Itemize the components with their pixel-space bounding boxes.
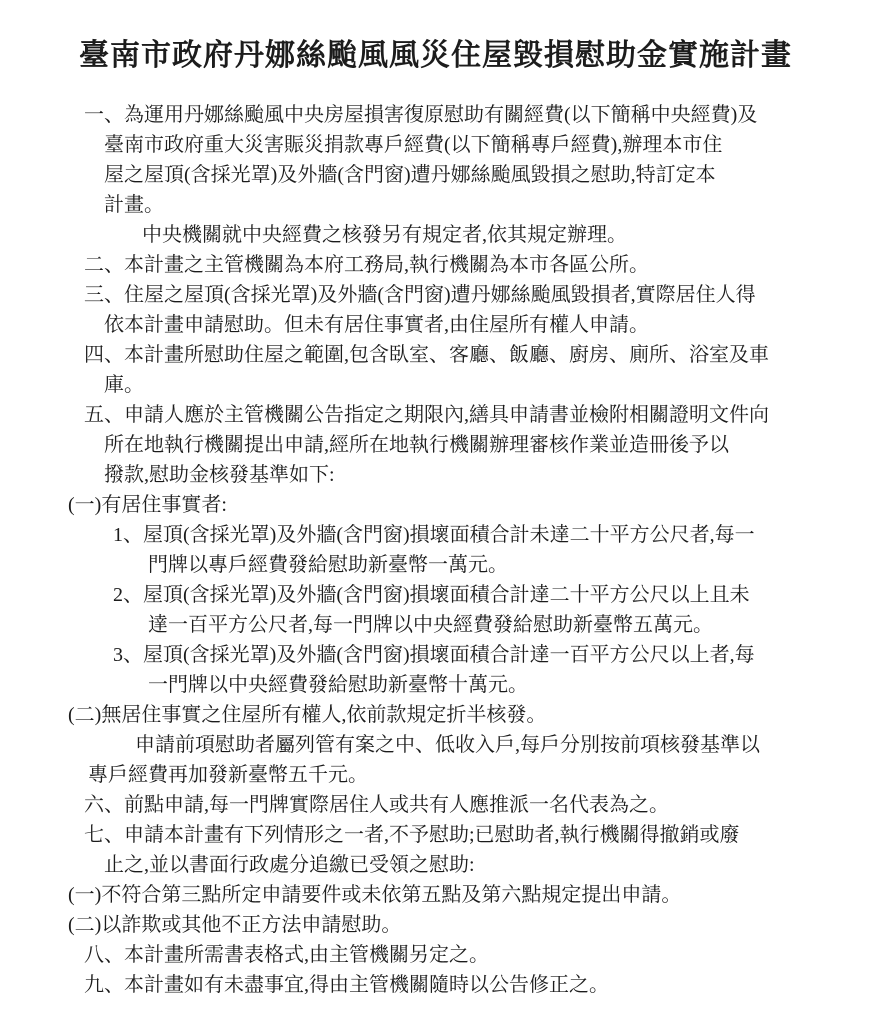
document-body: 一、為運用丹娜絲颱風中央房屋損害復原慰助有關經費(以下簡稱中央經費)及 臺南市政… — [0, 100, 841, 1000]
item-text: 為運用丹娜絲颱風中央房屋損害復原慰助有關經費(以下簡稱中央經費)及 臺南市政府重… — [104, 104, 757, 216]
item-label: 2、 — [113, 584, 143, 606]
item-text: 有居住事實者: — [101, 494, 227, 516]
item-label: 五、 — [84, 404, 124, 426]
item-label: 1、 — [113, 524, 143, 546]
item-label: 二、 — [84, 254, 124, 276]
item-text: 本計畫所需書表格式,由主管機關另定之。 — [124, 944, 489, 966]
doc-paragraph: 九、本計畫如有未盡事宜,得由主管機關隨時以公告修正之。 — [0, 970, 841, 1000]
item-text: 本計畫如有未盡事宜,得由主管機關隨時以公告修正之。 — [124, 974, 609, 996]
item-text: 本計畫所慰助住屋之範圍,包含臥室、客廳、飯廳、廚房、廁所、浴室及車 庫。 — [104, 344, 769, 396]
item-text: 前點申請,每一門牌實際居住人或共有人應推派一名代表為之。 — [124, 794, 669, 816]
doc-paragraph: 2、屋頂(含採光罩)及外牆(含門窗)損壞面積合計達二十平方公尺以上且未 達一百平… — [0, 580, 841, 640]
item-text: 中央機關就中央經費之核發另有規定者,依其規定辦理。 — [142, 224, 627, 246]
doc-paragraph: 七、申請本計畫有下列情形之一者,不予慰助;已慰助者,執行機關得撤銷或廢 止之,並… — [0, 820, 841, 880]
item-text: 不符合第三點所定申請要件或未依第五點及第六點規定提出申請。 — [101, 884, 681, 906]
item-label: (二) — [68, 914, 101, 936]
document-title: 臺南市政府丹娜絲颱風風災住屋毀損慰助金實施計畫 — [30, 30, 841, 74]
item-label: 七、 — [84, 824, 124, 846]
doc-paragraph: (二)以詐欺或其他不正方法申請慰助。 — [0, 910, 841, 940]
item-label: 四、 — [84, 344, 124, 366]
item-text: 申請人應於主管機關公告指定之期限內,繕具申請書並檢附相關證明文件向 所在地執行機… — [104, 404, 769, 486]
doc-paragraph: 二、本計畫之主管機關為本府工務局,執行機關為本市各區公所。 — [0, 250, 841, 280]
item-label: 九、 — [84, 974, 124, 996]
item-text: 屋頂(含採光罩)及外牆(含門窗)損壞面積合計達二十平方公尺以上且未 達一百平方公… — [143, 584, 750, 636]
item-label: 六、 — [84, 794, 124, 816]
doc-paragraph: 一、為運用丹娜絲颱風中央房屋損害復原慰助有關經費(以下簡稱中央經費)及 臺南市政… — [0, 100, 841, 220]
doc-paragraph: 申請前項慰助者屬列管有案之中、低收入戶,每戶分別按前項核發基準以 專戶經費再加發… — [0, 730, 841, 790]
item-text: 本計畫之主管機關為本府工務局,執行機關為本市各區公所。 — [124, 254, 649, 276]
doc-paragraph: 六、前點申請,每一門牌實際居住人或共有人應推派一名代表為之。 — [0, 790, 841, 820]
doc-paragraph: (二)無居住事實之住屋所有權人,依前款規定折半核發。 — [0, 700, 841, 730]
item-label: (一) — [68, 494, 101, 516]
doc-paragraph: 3、屋頂(含採光罩)及外牆(含門窗)損壞面積合計達一百平方公尺以上者,每 一門牌… — [0, 640, 841, 700]
item-text: 申請本計畫有下列情形之一者,不予慰助;已慰助者,執行機關得撤銷或廢 止之,並以書… — [104, 824, 740, 876]
item-label: 3、 — [113, 644, 143, 666]
item-text: 以詐欺或其他不正方法申請慰助。 — [101, 914, 401, 936]
document-page: 臺南市政府丹娜絲颱風風災住屋毀損慰助金實施計畫 一、為運用丹娜絲颱風中央房屋損害… — [0, 0, 869, 1024]
doc-paragraph: 八、本計畫所需書表格式,由主管機關另定之。 — [0, 940, 841, 970]
item-label: 三、 — [84, 284, 124, 306]
doc-paragraph: (一)不符合第三點所定申請要件或未依第五點及第六點規定提出申請。 — [0, 880, 841, 910]
item-text: 住屋之屋頂(含採光罩)及外牆(含門窗)遭丹娜絲颱風毀損者,實際居住人得 依本計畫… — [104, 284, 756, 336]
item-label: 八、 — [84, 944, 124, 966]
item-text: 屋頂(含採光罩)及外牆(含門窗)損壞面積合計未達二十平方公尺者,每一 門牌以專戶… — [143, 524, 755, 576]
item-text: 申請前項慰助者屬列管有案之中、低收入戶,每戶分別按前項核發基準以 專戶經費再加發… — [88, 734, 760, 786]
doc-paragraph: 五、申請人應於主管機關公告指定之期限內,繕具申請書並檢附相關證明文件向 所在地執… — [0, 400, 841, 490]
doc-paragraph: (一)有居住事實者: — [0, 490, 841, 520]
item-text: 屋頂(含採光罩)及外牆(含門窗)損壞面積合計達一百平方公尺以上者,每 一門牌以中… — [143, 644, 755, 696]
item-label: 一、 — [84, 104, 124, 126]
item-text: 無居住事實之住屋所有權人,依前款規定折半核發。 — [101, 704, 546, 726]
doc-paragraph: 四、本計畫所慰助住屋之範圍,包含臥室、客廳、飯廳、廚房、廁所、浴室及車 庫。 — [0, 340, 841, 400]
doc-paragraph: 三、住屋之屋頂(含採光罩)及外牆(含門窗)遭丹娜絲颱風毀損者,實際居住人得 依本… — [0, 280, 841, 340]
doc-paragraph: 中央機關就中央經費之核發另有規定者,依其規定辦理。 — [0, 220, 841, 250]
item-label: (二) — [68, 704, 101, 726]
doc-paragraph: 1、屋頂(含採光罩)及外牆(含門窗)損壞面積合計未達二十平方公尺者,每一 門牌以… — [0, 520, 841, 580]
item-label: (一) — [68, 884, 101, 906]
